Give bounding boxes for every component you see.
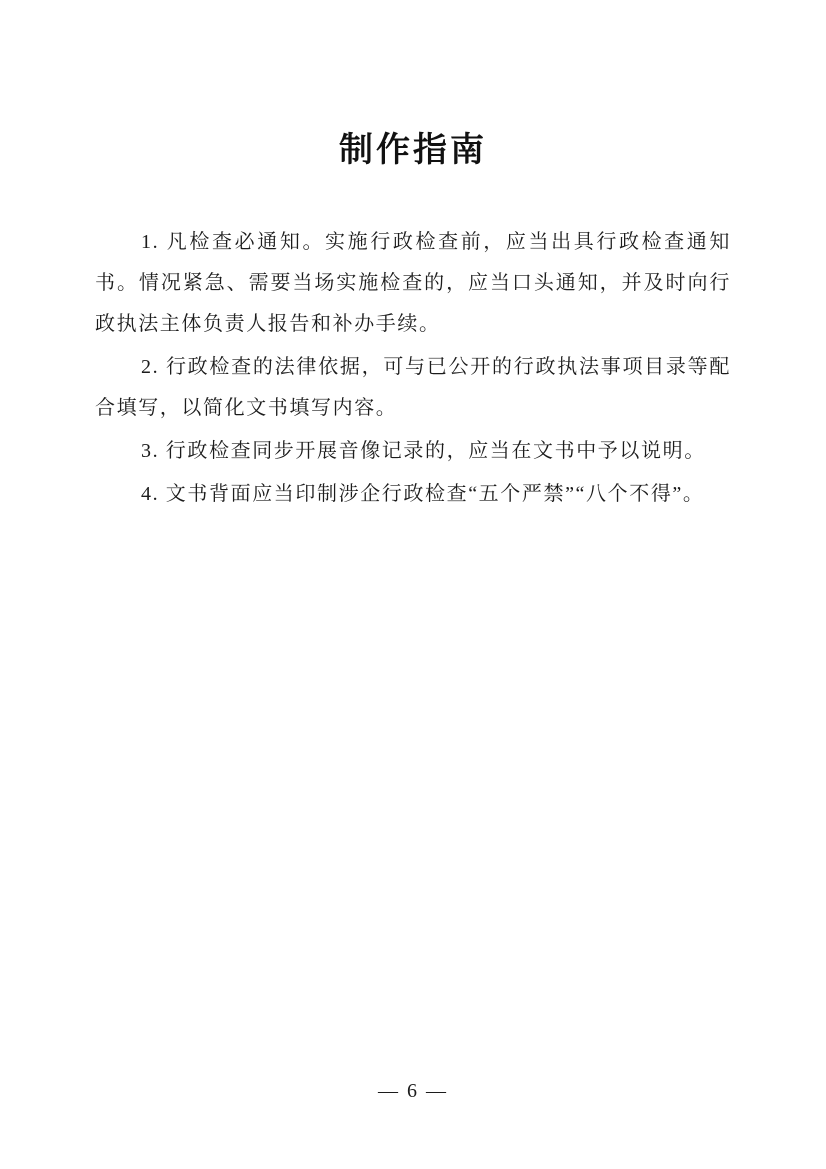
body-text: 1. 凡检查必通知。实施行政检查前，应当出具行政检查通知书。情况紧急、需要当场实…	[95, 222, 731, 515]
paragraph-4: 4. 文书背面应当印制涉企行政检查“五个严禁”“八个不得”。	[95, 474, 731, 515]
document-page: 制作指南 1. 凡检查必通知。实施行政检查前，应当出具行政检查通知书。情况紧急、…	[0, 0, 826, 1169]
page-title: 制作指南	[0, 0, 826, 171]
paragraph-2: 2. 行政检查的法律依据，可与已公开的行政执法事项目录等配合填写，以简化文书填写…	[95, 347, 731, 429]
paragraph-1: 1. 凡检查必通知。实施行政检查前，应当出具行政检查通知书。情况紧急、需要当场实…	[95, 222, 731, 345]
paragraph-3: 3. 行政检查同步开展音像记录的，应当在文书中予以说明。	[95, 431, 731, 472]
page-number: — 6 —	[0, 1080, 826, 1103]
